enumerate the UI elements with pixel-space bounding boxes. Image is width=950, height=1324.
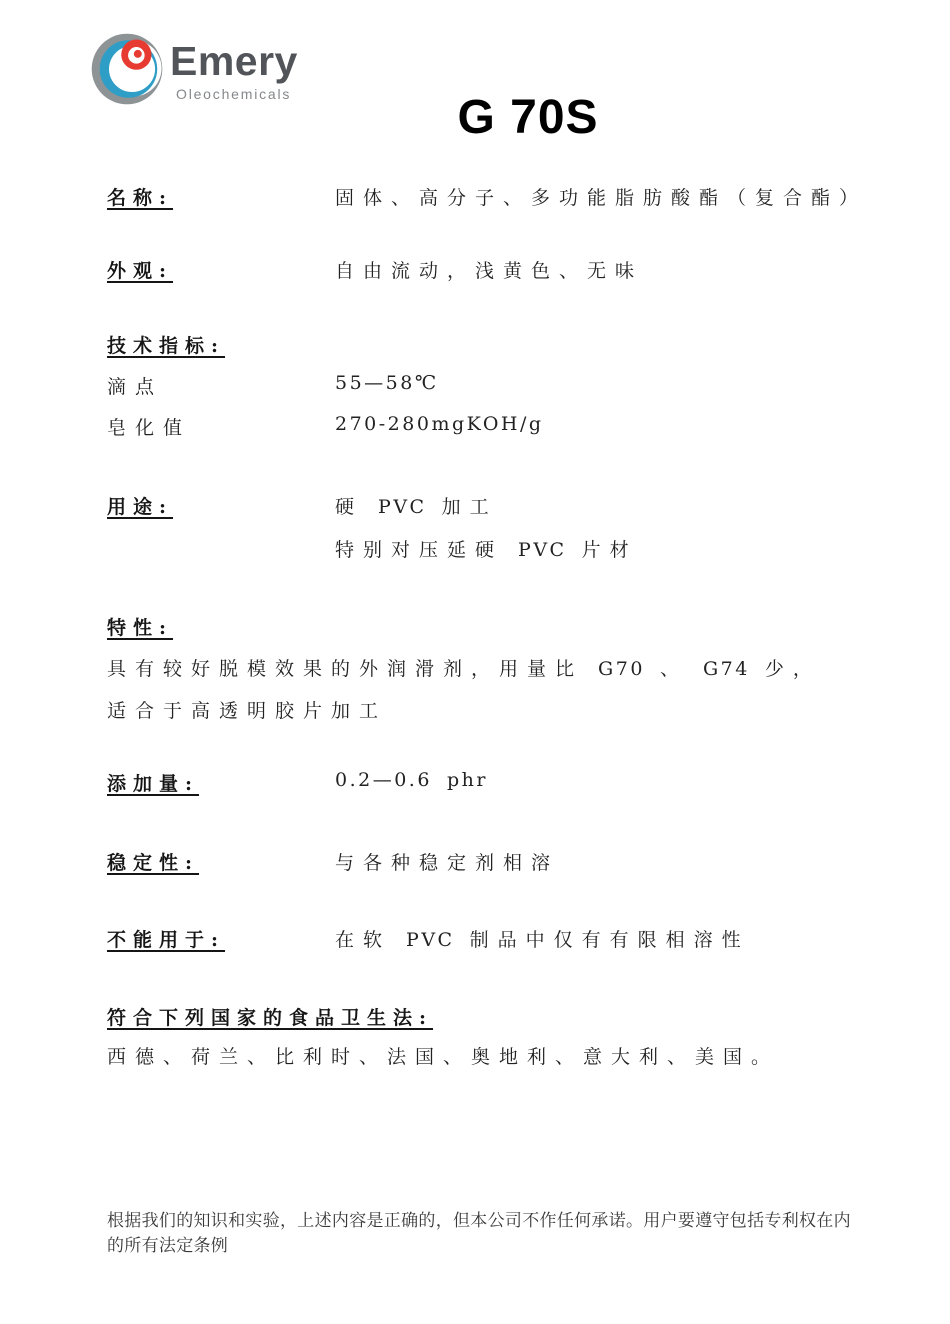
label-appearance: 外观: xyxy=(107,256,173,283)
label-dosage: 添加量: xyxy=(107,769,199,796)
spec-value-saponification: 270-280mgKOH/g xyxy=(335,413,544,435)
properties-line2: 适合于高透明胶片加工 xyxy=(107,696,387,723)
disclaimer-text: 根据我们的知识和实验，上述内容是正确的，但本公司不作任何承诺。用户要遵守包括专利… xyxy=(107,1209,867,1259)
label-stability: 稳定性: xyxy=(107,848,199,875)
value-usage-line2: 特别对压延硬 PVC 片材 xyxy=(335,535,638,562)
label-not-usable-for: 不能用于: xyxy=(107,925,225,952)
value-appearance: 自由流动，浅黄色、无味 xyxy=(335,256,643,283)
product-title: G 70S xyxy=(457,90,598,145)
datasheet-page: Emery Oleochemicals G 70S 名称: 固体、高分子、多功能… xyxy=(0,0,950,1324)
properties-line1: 具有较好脱模效果的外润滑剂，用量比 G70 、 G74 少， xyxy=(107,654,821,681)
label-usage: 用途: xyxy=(107,492,173,519)
swirl-red-curl-center xyxy=(134,50,142,58)
value-dosage: 0.2—0.6 phr xyxy=(335,769,488,791)
label-name: 名称: xyxy=(107,183,173,210)
value-name: 固体、高分子、多功能脂肪酸酯（复合酯） xyxy=(335,183,867,210)
emery-swirl-icon xyxy=(91,33,163,105)
brand-subtitle: Oleochemicals xyxy=(176,86,291,102)
label-tech-specs: 技术指标: xyxy=(107,331,225,358)
label-food-law: 符合下列国家的食品卫生法: xyxy=(107,1003,433,1030)
value-usage-line1: 硬 PVC 加工 xyxy=(335,492,498,519)
label-properties: 特性: xyxy=(107,613,173,640)
value-stability: 与各种稳定剂相溶 xyxy=(335,848,559,875)
spec-name-dropping-point: 滴点 xyxy=(107,372,163,399)
spec-value-dropping-point: 55—58℃ xyxy=(335,372,439,394)
brand-name: Emery xyxy=(170,38,298,85)
spec-name-saponification: 皂化值 xyxy=(107,413,191,440)
value-food-law-countries: 西德、荷兰、比利时、法国、奥地利、意大利、美国。 xyxy=(107,1042,779,1069)
value-not-usable-for: 在软 PVC 制品中仅有有限相溶性 xyxy=(335,925,750,952)
